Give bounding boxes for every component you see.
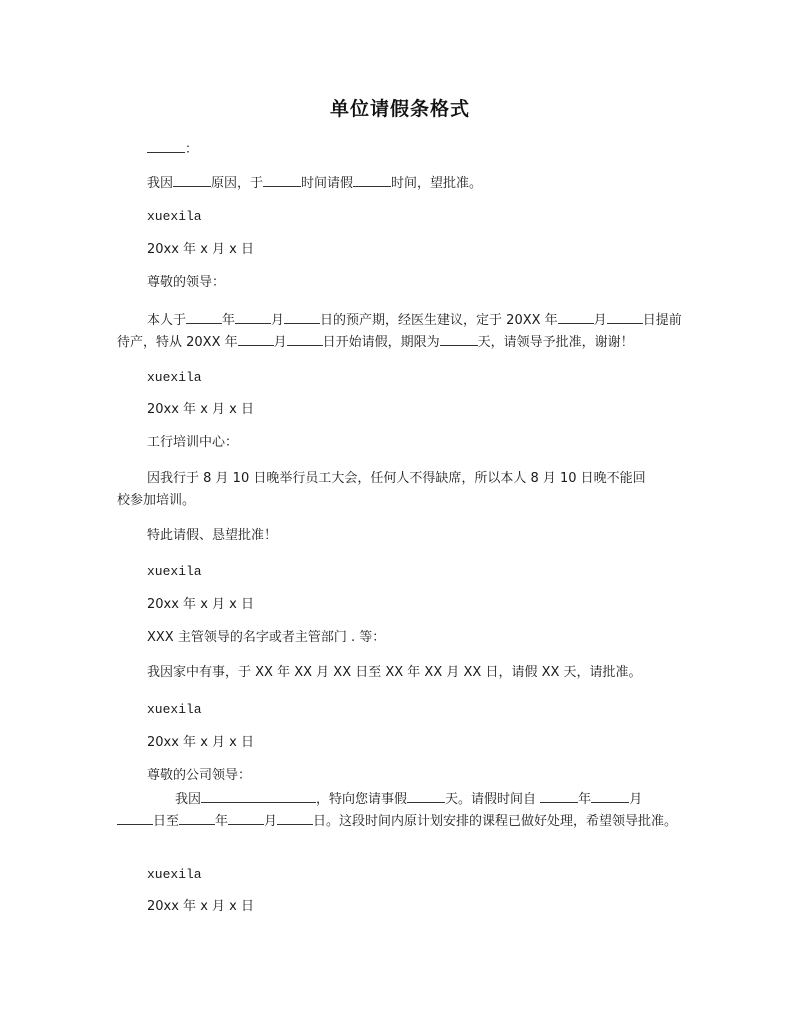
fill-blank (186, 311, 222, 324)
text: 我因 (147, 176, 173, 191)
document-title: 单位请假条格式 (0, 94, 800, 121)
text: 日的预产期，经医生建议，定于 20XX 年 (320, 313, 558, 328)
fill-blank (558, 311, 594, 324)
fill-blank (287, 333, 323, 346)
salutation: 尊敬的公司领导： (147, 768, 251, 784)
text: 月 (271, 313, 284, 328)
fill-blank (540, 790, 578, 803)
text: 天。请假时间自 (445, 792, 540, 807)
text: 日提前 (643, 313, 682, 328)
text: 时间请假 (301, 176, 353, 191)
body-paragraph: 我因原因，于时间请假时间，望批准。 (147, 174, 482, 192)
body-paragraph-line1: 因我行于 8 月 10 日晚举行员工大会，任何人不得缺席，所以本人 8 月 10… (147, 471, 646, 487)
fill-blank (179, 812, 215, 825)
fill-blank (263, 174, 301, 187)
text: 日开始请假，期限为 (323, 335, 440, 350)
fill-blank (407, 790, 445, 803)
body-paragraph-line1: 本人于年月日的预产期，经医生建议，定于 20XX 年月日提前 (147, 311, 682, 329)
text: 月 (274, 335, 287, 350)
body-paragraph-line2: 日至年月日。这段时间内原计划安排的课程已做好处理，希望领导批准。 (117, 812, 677, 830)
fill-blank (591, 790, 629, 803)
text: 月 (264, 814, 277, 829)
date-line: 20xx 年 x 月 x 日 (147, 597, 254, 613)
fill-blank (117, 812, 153, 825)
body-paragraph: 我因家中有事，于 XX 年 XX 月 XX 日至 XX 年 XX 月 XX 日，… (147, 665, 642, 681)
text: 我因 (175, 792, 201, 807)
text: ，特向您请事假 (316, 792, 407, 807)
signature: xuexila (147, 209, 202, 225)
fill-blank (235, 311, 271, 324)
text: 原因，于 (211, 176, 263, 191)
fill-blank (238, 333, 274, 346)
fill-blank (277, 812, 313, 825)
text: 年 (578, 792, 591, 807)
text: 天，请领导予批准，谢谢！ (478, 335, 634, 350)
text: 年 (215, 814, 228, 829)
salutation: 尊敬的领导： (147, 275, 225, 291)
fill-blank (147, 140, 185, 153)
date-line: 20xx 年 x 月 x 日 (147, 402, 254, 418)
signature: xuexila (147, 370, 202, 386)
fill-blank (440, 333, 478, 346)
colon: ： (185, 142, 198, 157)
text: 待产，特从 20XX 年 (117, 335, 238, 350)
text: 日至 (153, 814, 179, 829)
text: 月 (594, 313, 607, 328)
body-paragraph-line1: 我因，特向您请事假天。请假时间自 年月 (175, 790, 642, 808)
fill-blank (607, 311, 643, 324)
signature: xuexila (147, 867, 202, 883)
date-line: 20xx 年 x 月 x 日 (147, 242, 254, 258)
salutation: XXX 主管领导的名字或者主管部门 . 等： (147, 630, 385, 646)
fill-blank (173, 174, 211, 187)
date-line: 20xx 年 x 月 x 日 (147, 735, 254, 751)
date-line: 20xx 年 x 月 x 日 (147, 899, 254, 915)
signature: xuexila (147, 564, 202, 580)
fill-blank (284, 311, 320, 324)
document-page: 单位请假条格式 ： 我因原因，于时间请假时间，望批准。 xuexila 20xx… (0, 0, 800, 1035)
body-paragraph-line2: 待产，特从 20XX 年月日开始请假，期限为天，请领导予批准，谢谢！ (117, 333, 634, 351)
fill-blank (353, 174, 391, 187)
closing: 特此请假、恳望批准！ (147, 528, 277, 544)
text: 本人于 (147, 313, 186, 328)
text: 年 (222, 313, 235, 328)
fill-blank (201, 790, 316, 803)
body-paragraph-line2: 校参加培训。 (117, 493, 195, 509)
fill-blank (228, 812, 264, 825)
salutation-blank: ： (147, 140, 198, 158)
signature: xuexila (147, 702, 202, 718)
text: 月 (629, 792, 642, 807)
salutation: 工行培训中心： (147, 435, 238, 451)
text: 时间，望批准。 (391, 176, 482, 191)
text: 日。这段时间内原计划安排的课程已做好处理，希望领导批准。 (313, 814, 677, 829)
